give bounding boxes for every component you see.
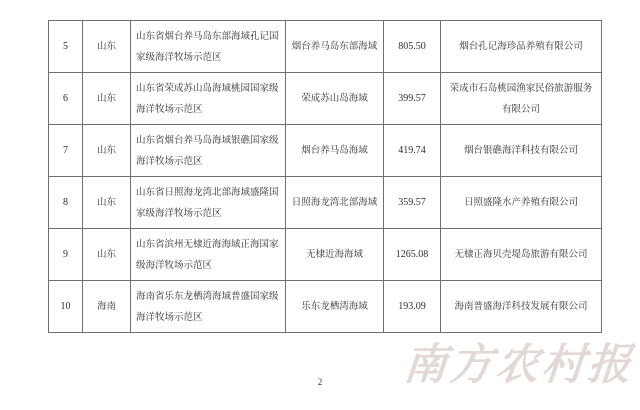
province-cell: 山东: [83, 125, 131, 177]
area-value-cell: 193.09: [384, 281, 441, 333]
province-cell: 山东: [83, 73, 131, 125]
row-number: 8: [49, 177, 83, 229]
province-cell: 海南: [83, 281, 131, 333]
ranch-name-cell: 山东省烟台养马岛海域银礁国家级海洋牧场示范区: [131, 125, 286, 177]
table-row: 10 海南 海南省乐东龙栖湾海域普盛国家级海洋牧场示范区 乐东龙栖湾海域 193…: [49, 281, 602, 333]
company-cell: 烟台银礁海洋科技有限公司: [441, 125, 602, 177]
sea-area-cell: 荣成苏山岛海域: [286, 73, 384, 125]
province-cell: 山东: [83, 21, 131, 73]
row-number: 6: [49, 73, 83, 125]
row-number: 7: [49, 125, 83, 177]
company-cell: 荣成市石岛桃园渔家民俗旅游服务有限公司: [441, 73, 602, 125]
ranch-name-cell: 海南省乐东龙栖湾海域普盛国家级海洋牧场示范区: [131, 281, 286, 333]
table-row: 9 山东 山东省滨州无棣近海海域正海国家级海洋牧场示范区 无棣近海海域 1265…: [49, 229, 602, 281]
company-cell: 日照盛隆水产养殖有限公司: [441, 177, 602, 229]
sea-area-cell: 日照海龙湾北部海域: [286, 177, 384, 229]
ranch-name-cell: 山东省荣成苏山岛海域桃园国家级海洋牧场示范区: [131, 73, 286, 125]
area-value-cell: 1265.08: [384, 229, 441, 281]
area-value-cell: 419.74: [384, 125, 441, 177]
table-row: 7 山东 山东省烟台养马岛海域银礁国家级海洋牧场示范区 烟台养马岛海域 419.…: [49, 125, 602, 177]
province-cell: 山东: [83, 177, 131, 229]
company-cell: 烟台孔记海珍品养殖有限公司: [441, 21, 602, 73]
page-number: 2: [0, 377, 640, 387]
ranch-name-cell: 山东省日照海龙湾北部海域盛隆国家级海洋牧场示范区: [131, 177, 286, 229]
table-row: 8 山东 山东省日照海龙湾北部海域盛隆国家级海洋牧场示范区 日照海龙湾北部海域 …: [49, 177, 602, 229]
row-number: 5: [49, 21, 83, 73]
sea-area-cell: 乐东龙栖湾海域: [286, 281, 384, 333]
sea-area-cell: 无棣近海海域: [286, 229, 384, 281]
ranch-name-cell: 山东省滨州无棣近海海域正海国家级海洋牧场示范区: [131, 229, 286, 281]
area-value-cell: 805.50: [384, 21, 441, 73]
sea-area-cell: 烟台养马岛东部海域: [286, 21, 384, 73]
area-value-cell: 399.57: [384, 73, 441, 125]
row-number: 10: [49, 281, 83, 333]
area-value-cell: 359.57: [384, 177, 441, 229]
marine-ranch-table: 5 山东 山东省烟台养马岛东部海域孔记国家级海洋牧场示范区 烟台养马岛东部海域 …: [48, 20, 602, 333]
company-cell: 海南普盛海洋科技发展有限公司: [441, 281, 602, 333]
table-row: 5 山东 山东省烟台养马岛东部海域孔记国家级海洋牧场示范区 烟台养马岛东部海域 …: [49, 21, 602, 73]
province-cell: 山东: [83, 229, 131, 281]
row-number: 9: [49, 229, 83, 281]
ranch-name-cell: 山东省烟台养马岛东部海域孔记国家级海洋牧场示范区: [131, 21, 286, 73]
sea-area-cell: 烟台养马岛海域: [286, 125, 384, 177]
table-row: 6 山东 山东省荣成苏山岛海域桃园国家级海洋牧场示范区 荣成苏山岛海域 399.…: [49, 73, 602, 125]
company-cell: 无棣正海贝壳堤岛旅游有限公司: [441, 229, 602, 281]
